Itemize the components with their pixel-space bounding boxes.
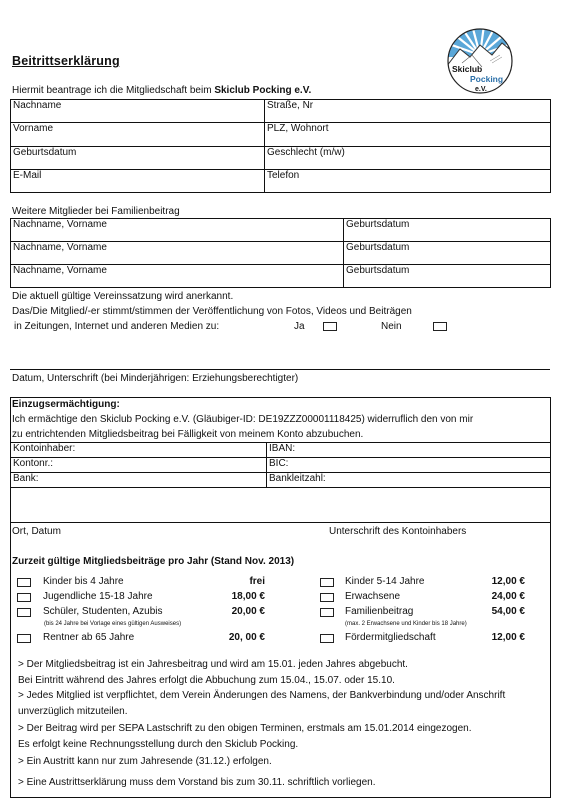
fee-checkbox-seniors[interactable] — [17, 634, 31, 643]
lastname-field[interactable]: Nachname — [11, 100, 265, 123]
table-row: Nachname, Vorname Geburtsdatum — [11, 219, 551, 242]
family-heading: Weitere Mitglieder bei Familienbeitrag — [12, 206, 180, 217]
table-row: Vorname PLZ, Wohnort — [11, 123, 551, 147]
fee-price: 54,00 € — [465, 606, 525, 617]
fee-checkbox-children-5-14[interactable] — [320, 578, 334, 587]
zip-city-field[interactable]: PLZ, Wohnort — [265, 123, 551, 147]
signature-caption: Datum, Unterschrift (bei Minderjährigen:… — [12, 373, 298, 384]
fee-price: 12,00 € — [465, 632, 525, 643]
table-row: Kontonr.: BIC: — [11, 458, 551, 473]
family-name-field[interactable]: Nachname, Vorname — [11, 242, 344, 265]
mandate-box-bottom-border — [10, 797, 551, 798]
fee-price: 20,00 € — [205, 606, 265, 617]
personal-data-table: Nachname Straße, Nr Vorname PLZ, Wohnort… — [10, 99, 551, 193]
account-number-field[interactable]: Kontonr.: — [11, 458, 267, 473]
mandate-text-1: Ich ermächtige den Skiclub Pocking e.V. … — [12, 414, 473, 425]
fee-label: Jugendliche 15-18 Jahre — [43, 591, 153, 602]
fee-checkbox-supporting[interactable] — [320, 634, 334, 643]
phone-field[interactable]: Telefon — [265, 170, 551, 193]
fee-label: Familienbeitrag — [345, 606, 413, 617]
signature-line[interactable] — [10, 369, 550, 370]
media-consent-text-2: in Zeitungen, Internet und anderen Medie… — [14, 321, 219, 332]
bank-code-field[interactable]: Bankleitzahl: — [267, 473, 551, 488]
svg-text:e.V.: e.V. — [475, 86, 487, 93]
family-birthdate-field[interactable]: Geburtsdatum — [344, 219, 551, 242]
note-line: > Der Beitrag wird per SEPA Lastschrift … — [18, 723, 472, 734]
place-date-caption: Ort, Datum — [12, 526, 61, 537]
email-field[interactable]: E-Mail — [11, 170, 265, 193]
table-row: Bank: Bankleitzahl: — [11, 473, 551, 488]
table-row: Geburtsdatum Geschlecht (m/w) — [11, 147, 551, 170]
family-members-table: Nachname, Vorname Geburtsdatum Nachname,… — [10, 218, 551, 288]
family-birthdate-field[interactable]: Geburtsdatum — [344, 242, 551, 265]
fee-checkbox-children-0-4[interactable] — [17, 578, 31, 587]
fee-price: 24,00 € — [465, 591, 525, 602]
no-label: Nein — [381, 321, 402, 332]
note-line: > Der Mitgliedsbeitrag ist ein Jahresbei… — [18, 659, 408, 670]
iban-field[interactable]: IBAN: — [267, 443, 551, 458]
bic-field[interactable]: BIC: — [267, 458, 551, 473]
mandate-signature-line[interactable] — [10, 522, 551, 523]
yes-label: Ja — [294, 321, 305, 332]
no-checkbox[interactable] — [433, 322, 447, 331]
street-field[interactable]: Straße, Nr — [265, 100, 551, 123]
fee-price: frei — [205, 576, 265, 587]
intro-text: Hiermit beantrage ich die Mitgliedschaft… — [12, 85, 311, 96]
fees-heading: Zurzeit gültige Mitgliedsbeiträge pro Ja… — [12, 556, 294, 567]
table-row: Nachname Straße, Nr — [11, 100, 551, 123]
fee-label: Kinder 5-14 Jahre — [345, 576, 425, 587]
bank-field[interactable]: Bank: — [11, 473, 267, 488]
yes-checkbox[interactable] — [323, 322, 337, 331]
page-title: Beitrittserklärung — [12, 54, 120, 68]
svg-text:Skiclub: Skiclub — [452, 64, 482, 74]
birthdate-field[interactable]: Geburtsdatum — [11, 147, 265, 170]
mandate-box-top-border — [10, 397, 551, 398]
fee-label: Schüler, Studenten, Azubis — [43, 606, 163, 617]
account-holder-signature-caption: Unterschrift des Kontoinhabers — [329, 526, 466, 537]
table-row: Nachname, Vorname Geburtsdatum — [11, 242, 551, 265]
fee-label: Fördermitgliedschaft — [345, 632, 436, 643]
fee-price: 20, 00 € — [205, 632, 265, 643]
firstname-field[interactable]: Vorname — [11, 123, 265, 147]
note-line: > Eine Austrittserklärung muss dem Vorst… — [18, 777, 375, 788]
fee-price: 18,00 € — [205, 591, 265, 602]
svg-text:Pocking: Pocking — [470, 74, 503, 84]
family-name-field[interactable]: Nachname, Vorname — [11, 219, 344, 242]
note-line: unverzüglich mitzuteilen. — [18, 706, 128, 717]
fee-checkbox-students[interactable] — [17, 608, 31, 617]
account-holder-field[interactable]: Kontoinhaber: — [11, 443, 267, 458]
fee-label: Erwachsene — [345, 591, 400, 602]
fee-label: Kinder bis 4 Jahre — [43, 576, 124, 587]
ski-club-logo-icon: Skiclub Pocking e.V. — [446, 27, 514, 95]
club-name: Skiclub Pocking e.V. — [214, 85, 311, 96]
bank-details-table: Kontoinhaber: IBAN: Kontonr.: BIC: Bank:… — [10, 442, 551, 488]
intro-prefix: Hiermit beantrage ich die Mitgliedschaft… — [12, 85, 214, 96]
fee-label: Rentner ab 65 Jahre — [43, 632, 134, 643]
fee-checkbox-adults[interactable] — [320, 593, 334, 602]
note-line: Bei Eintritt während des Jahres erfolgt … — [18, 675, 395, 686]
table-row: E-Mail Telefon — [11, 170, 551, 193]
family-birthdate-field[interactable]: Geburtsdatum — [344, 265, 551, 288]
table-row: Kontoinhaber: IBAN: — [11, 443, 551, 458]
gender-field[interactable]: Geschlecht (m/w) — [265, 147, 551, 170]
table-row: Nachname, Vorname Geburtsdatum — [11, 265, 551, 288]
fee-price: 12,00 € — [465, 576, 525, 587]
mandate-heading: Einzugsermächtigung: — [12, 399, 120, 410]
statute-acceptance-text: Die aktuell gültige Vereinssatzung wird … — [12, 291, 233, 302]
note-line: Es erfolgt keine Rechnungsstellung durch… — [18, 739, 298, 750]
note-line: > Ein Austritt kann nur zum Jahresende (… — [18, 756, 272, 767]
media-consent-text: Das/Die Mitglied/-er stimmt/stimmen der … — [12, 306, 412, 317]
fee-note: (max. 2 Erwachsene und Kinder bis 18 Jah… — [345, 621, 467, 627]
mandate-text-2: zu entrichtenden Mitgliedsbeitrag bei Fä… — [12, 429, 363, 440]
fee-checkbox-youth[interactable] — [17, 593, 31, 602]
family-name-field[interactable]: Nachname, Vorname — [11, 265, 344, 288]
fee-note: (bis 24 Jahre bei Vorlage eines gültigen… — [44, 621, 181, 627]
note-line: > Jedes Mitglied ist verpflichtet, dem V… — [18, 690, 505, 701]
fee-checkbox-family[interactable] — [320, 608, 334, 617]
